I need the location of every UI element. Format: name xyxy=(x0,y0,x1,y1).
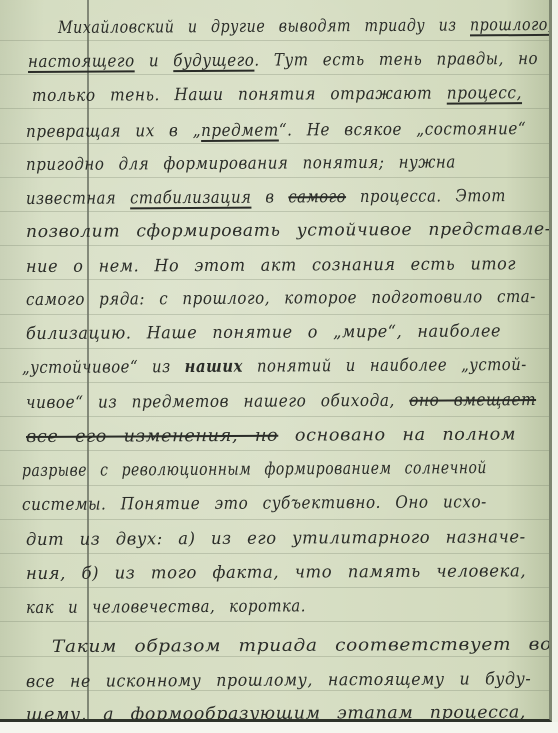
manuscript-line: чивое“ из предметов нашего обихода, оно … xyxy=(26,390,536,413)
text-segment: все не исконному прошлому, настоящему и … xyxy=(26,669,531,692)
manuscript-line: только тень. Наши понятия отражают проце… xyxy=(32,83,522,106)
rule-line xyxy=(0,348,549,349)
text-segment: превращая их в „ xyxy=(26,121,201,142)
text-segment: ние о нем. Но этот акт сознания есть ито… xyxy=(26,254,516,277)
text-segment: позволит сформировать устойчивое предста… xyxy=(26,219,551,242)
text-segment: понятий и наиболее „устой- xyxy=(243,355,527,377)
manuscript-line: ния, б) из того факта, что память челове… xyxy=(26,561,526,584)
manuscript-line: системы. Понятие это субъективно. Оно ис… xyxy=(22,492,487,515)
manuscript-line: дит из двух: а) из его утилитарного назн… xyxy=(26,527,526,550)
text-segment: системы. Понятие это субъективно. Оно ис… xyxy=(22,492,487,515)
text-segment: разрыве с революционным формированием со… xyxy=(22,458,487,481)
rule-line xyxy=(0,485,549,486)
rule-line xyxy=(0,74,549,75)
text-segment: процесса. Этот xyxy=(346,186,506,207)
manuscript-line: „устойчивое“ из наших понятий и наиболее… xyxy=(22,355,527,378)
text-segment: самого ряда: с прошлого, которое подгото… xyxy=(26,287,536,310)
rule-line xyxy=(0,621,549,622)
manuscript-line: известная стабилизация в самого процесса… xyxy=(26,186,506,209)
rule-line xyxy=(0,314,549,315)
text-segment: чивое“ из предметов нашего обихода, xyxy=(26,391,409,413)
underlined-word: процесс, xyxy=(447,83,522,103)
text-segment: Михайловский и другие выводят триаду из xyxy=(58,15,470,38)
scan-edge-right xyxy=(552,0,558,733)
manuscript-line: все его изменения, но основано на полном xyxy=(26,425,516,447)
text-segment: „устойчивое“ из xyxy=(22,357,185,378)
rule-line xyxy=(0,108,549,109)
rule-line xyxy=(0,211,549,212)
text-segment: пригодно для формирования понятия; нужна xyxy=(26,152,456,175)
underlined-word: настоящего xyxy=(28,51,135,72)
text-segment: “. Не всякое „состояние“ xyxy=(279,119,526,140)
underlined-word: стабилизация xyxy=(130,188,251,209)
struck-out-text: оно вмещает xyxy=(409,390,536,411)
rule-line xyxy=(0,279,549,280)
struck-out-text: самого xyxy=(288,187,346,207)
scan-edge-bottom xyxy=(0,722,558,733)
text-segment: только тень. Наши понятия отражают xyxy=(32,84,447,106)
underlined-word: прошлого, xyxy=(470,15,552,36)
rule-line xyxy=(0,382,549,383)
rule-line xyxy=(0,519,549,520)
rule-line xyxy=(0,245,549,246)
manuscript-page: Михайловский и другие выводят триаду из … xyxy=(0,0,552,722)
underlined-word: предмет xyxy=(201,121,279,141)
rule-line xyxy=(0,40,549,41)
manuscript-line: настоящего и будущего. Тут есть тень пра… xyxy=(28,49,538,72)
rule-line xyxy=(0,177,549,178)
manuscript-line: позволит сформировать устойчивое предста… xyxy=(26,219,551,242)
text-segment: и xyxy=(135,51,174,71)
manuscript-line: пригодно для формирования понятия; нужна xyxy=(26,152,456,175)
text-segment: известная xyxy=(26,188,130,209)
manuscript-line: все не исконному прошлому, настоящему и … xyxy=(26,669,531,692)
emphasized-word: наших xyxy=(185,357,243,377)
rule-line xyxy=(0,450,549,451)
rule-line xyxy=(0,553,549,554)
rule-line xyxy=(0,416,549,417)
manuscript-line: превращая их в „предмет“. Не всякое „сос… xyxy=(26,119,526,142)
struck-out-text: все его изменения, но xyxy=(26,426,278,447)
text-segment: дит из двух: а) из его утилитарного назн… xyxy=(26,527,526,550)
manuscript-line: разрыве с революционным формированием со… xyxy=(22,458,487,481)
underlined-word: будущего xyxy=(173,51,254,71)
manuscript-line: Таким образом триада соответствует во xyxy=(52,635,552,657)
rule-line xyxy=(0,143,549,144)
text-segment: щему, а формообразующим этапам процесса, xyxy=(26,702,526,722)
manuscript-line: самого ряда: с прошлого, которое подгото… xyxy=(26,287,536,310)
manuscript-line: билизацию. Наше понятие о „мире“, наибол… xyxy=(26,321,501,344)
text-segment: основано на полном xyxy=(278,425,516,446)
rule-line xyxy=(0,587,549,588)
manuscript-line: щему, а формообразующим этапам процесса, xyxy=(26,702,526,722)
text-segment: в xyxy=(251,187,288,207)
text-segment: как и человечества, коротка. xyxy=(26,596,306,618)
manuscript-line: как и человечества, коротка. xyxy=(26,596,306,618)
text-segment: . Тут есть тень правды, но xyxy=(254,49,538,71)
text-segment: ния, б) из того факта, что память челове… xyxy=(26,561,526,584)
text-segment: билизацию. Наше понятие о „мире“, наибол… xyxy=(26,321,501,344)
manuscript-line: ние о нем. Но этот акт сознания есть ито… xyxy=(26,254,516,277)
manuscript-line: Михайловский и другие выводят триаду из … xyxy=(58,15,552,38)
text-segment: Таким образом триада соответствует во xyxy=(52,635,552,657)
